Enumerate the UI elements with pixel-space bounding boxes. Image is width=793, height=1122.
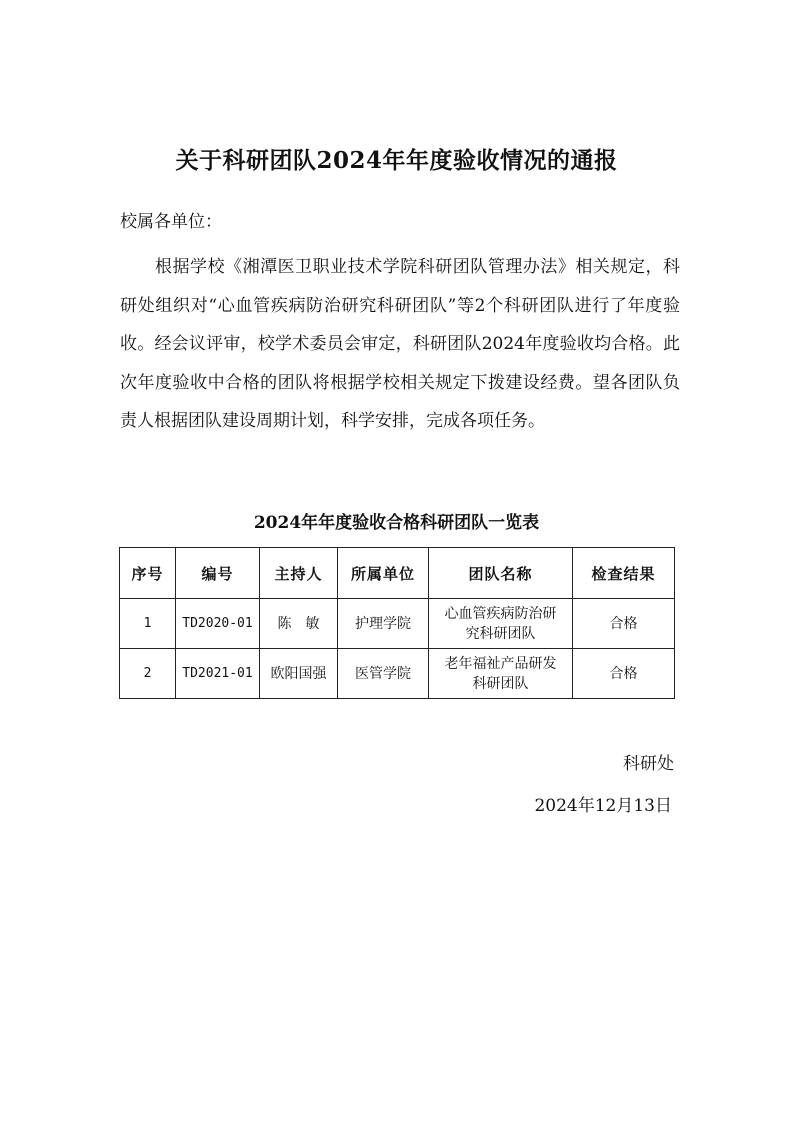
team-name-line2: 科研团队	[433, 674, 568, 694]
teams-table: 序号 编号 主持人 所属单位 团队名称 检查结果 1 TD2020-01 陈 敏…	[119, 547, 675, 699]
salutation: 校属各单位：	[120, 207, 222, 232]
document-title: 关于科研团队2024年年度验收情况的通报	[0, 142, 793, 175]
team-name-line1: 心血管疾病防治研	[433, 604, 568, 624]
cell-unit: 护理学院	[338, 599, 429, 649]
cell-code: TD2021-01	[176, 649, 260, 699]
cell-unit: 医管学院	[338, 649, 429, 699]
header-index: 序号	[120, 548, 176, 599]
table-title: 2024年年度验收合格科研团队一览表	[0, 508, 793, 533]
signature: 科研处	[623, 749, 674, 774]
table-row: 1 TD2020-01 陈 敏 护理学院 心血管疾病防治研 究科研团队 合格	[120, 599, 675, 649]
cell-result: 合格	[573, 649, 675, 699]
cell-index: 2	[120, 649, 176, 699]
cell-team-name: 老年福祉产品研发 科研团队	[429, 649, 573, 699]
cell-code: TD2020-01	[176, 599, 260, 649]
cell-team-name: 心血管疾病防治研 究科研团队	[429, 599, 573, 649]
cell-index: 1	[120, 599, 176, 649]
header-code: 编号	[176, 548, 260, 599]
team-name-line1: 老年福祉产品研发	[433, 654, 568, 674]
header-unit: 所属单位	[338, 548, 429, 599]
issue-date: 2024年12月13日	[534, 791, 672, 816]
cell-leader: 陈 敏	[260, 599, 338, 649]
header-team-name: 团队名称	[429, 548, 573, 599]
body-paragraph: 根据学校《湘潭医卫职业技术学院科研团队管理办法》相关规定，科研处组织对“心血管疾…	[120, 248, 680, 441]
team-name-line2: 究科研团队	[433, 624, 568, 644]
cell-result: 合格	[573, 599, 675, 649]
table-row: 2 TD2021-01 欧阳国强 医管学院 老年福祉产品研发 科研团队 合格	[120, 649, 675, 699]
cell-leader: 欧阳国强	[260, 649, 338, 699]
header-leader: 主持人	[260, 548, 338, 599]
header-result: 检查结果	[573, 548, 675, 599]
table-header-row: 序号 编号 主持人 所属单位 团队名称 检查结果	[120, 548, 675, 599]
